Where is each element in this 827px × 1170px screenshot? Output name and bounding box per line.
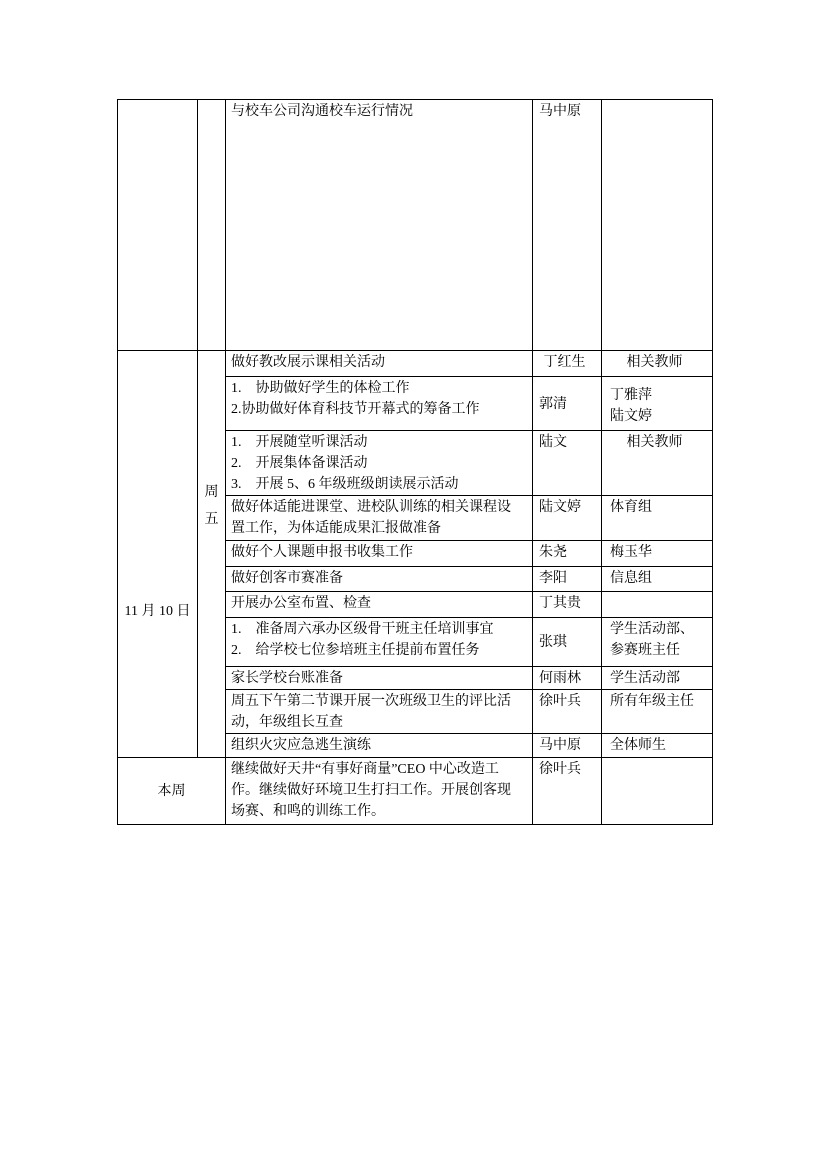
participants-cell: 信息组	[602, 567, 713, 592]
participants-cell: 全体师生	[602, 734, 713, 758]
task-cell: 周五下午第二节课开展一次班级卫生的评比活 动，年级组长互查	[226, 690, 533, 734]
task-cell: 组织火灾应急逃生演练	[226, 734, 533, 758]
participants-cell: 所有年级主任	[602, 690, 713, 734]
task-cell: 与校车公司沟通校车运行情况	[226, 100, 533, 351]
participants-cell: 学生活动部、 参赛班主任	[602, 618, 713, 667]
participants-cell: 学生活动部	[602, 667, 713, 690]
person-cell: 李阳	[533, 567, 602, 592]
person-cell: 马中原	[533, 734, 602, 758]
document-page: 与校车公司沟通校车运行情况 马中原 11 月 10 日 周 五 做好教改展示课相…	[0, 0, 827, 1170]
task-cell: 做好体适能进课堂、进校队训练的相关课程设 置工作，为体适能成果汇报做准备	[226, 496, 533, 541]
date-cell-empty	[118, 100, 198, 351]
task-cell: 1. 开展随堂听课活动 2. 开展集体备课活动 3. 开展 5、6 年级班级朗读…	[226, 431, 533, 496]
table-row: 本周 继续做好天井“有事好商量”CEO 中心改造工 作。继续做好环境卫生打扫工作…	[118, 758, 713, 825]
week-cell: 本周	[118, 758, 226, 825]
person-cell: 徐叶兵	[533, 758, 602, 825]
participants-cell: 丁雅萍 陆文婷	[602, 377, 713, 431]
date-cell: 11 月 10 日	[118, 351, 198, 758]
participants-cell	[602, 100, 713, 351]
person-cell: 丁其贵	[533, 592, 602, 618]
person-cell: 丁红生	[533, 351, 602, 377]
participants-cell: 相关教师	[602, 351, 713, 377]
person-cell: 陆文婷	[533, 496, 602, 541]
person-cell: 何雨林	[533, 667, 602, 690]
person-cell: 郭清	[533, 377, 602, 431]
table-row: 与校车公司沟通校车运行情况 马中原	[118, 100, 713, 351]
task-cell: 做好创客市赛准备	[226, 567, 533, 592]
person-cell: 陆文	[533, 431, 602, 496]
participants-cell: 梅玉华	[602, 541, 713, 567]
participants-cell	[602, 592, 713, 618]
task-cell: 继续做好天井“有事好商量”CEO 中心改造工 作。继续做好环境卫生打扫工作。开展…	[226, 758, 533, 825]
participants-cell	[602, 758, 713, 825]
task-cell: 1. 准备周六承办区级骨干班主任培训事宜 2. 给学校七位参培班主任提前布置任务	[226, 618, 533, 667]
task-cell: 家长学校台账准备	[226, 667, 533, 690]
weekly-schedule-table: 与校车公司沟通校车运行情况 马中原 11 月 10 日 周 五 做好教改展示课相…	[117, 99, 713, 825]
participants-cell: 体育组	[602, 496, 713, 541]
person-cell: 朱尧	[533, 541, 602, 567]
person-cell: 徐叶兵	[533, 690, 602, 734]
task-cell: 开展办公室布置、检查	[226, 592, 533, 618]
task-cell: 1. 协助做好学生的体检工作 2.协助做好体育科技节开幕式的筹备工作	[226, 377, 533, 431]
task-cell: 做好教改展示课相关活动	[226, 351, 533, 377]
task-cell: 做好个人课题申报书收集工作	[226, 541, 533, 567]
participants-cell: 相关教师	[602, 431, 713, 496]
day-cell-empty	[198, 100, 226, 351]
table-row: 11 月 10 日 周 五 做好教改展示课相关活动 丁红生 相关教师	[118, 351, 713, 377]
person-cell: 张琪	[533, 618, 602, 667]
day-cell: 周 五	[198, 351, 226, 758]
person-cell: 马中原	[533, 100, 602, 351]
